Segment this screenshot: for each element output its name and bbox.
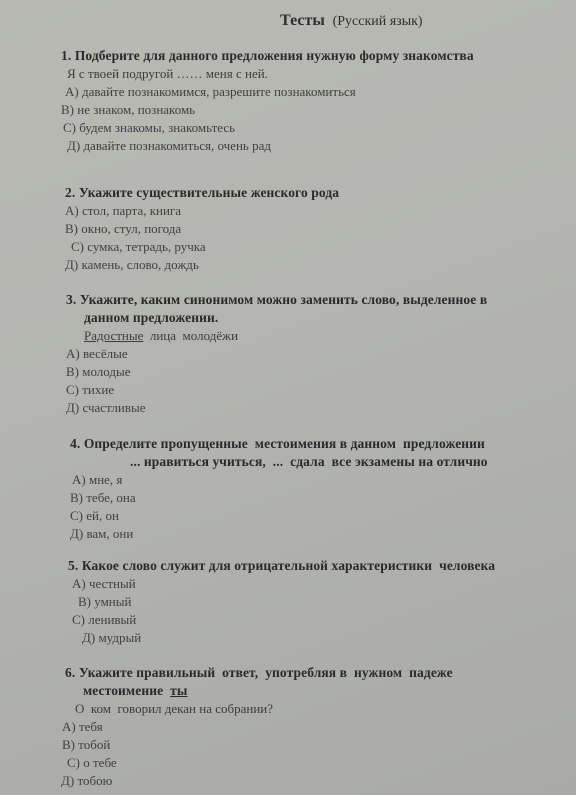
question-4: 4. Определите пропущенные местоимения в … — [70, 435, 566, 543]
option-b: В) окно, стул, погода — [65, 220, 566, 238]
option-d: Д) камень, слово, дождь — [65, 256, 566, 274]
option-c: С) тихие — [66, 381, 566, 399]
question-text: Укажите, каким синонимом можно заменить … — [80, 292, 487, 307]
question-heading: 6. Укажите правильный ответ, употребляя … — [65, 664, 566, 682]
prompt-rest: лица молодёжи — [143, 328, 238, 343]
option-c: С) о тебе — [65, 754, 566, 772]
heading-continued-text: местоимение — [83, 683, 170, 698]
option-b: В) тебе, она — [70, 489, 566, 507]
page-title: Тесты (Русский язык) — [280, 12, 423, 30]
option-c: С) будем знакомы, знакомьтесь — [61, 119, 566, 137]
option-d: Д) тобою — [61, 772, 566, 790]
question-heading: 5. Какое слово служит для отрицательной … — [68, 557, 566, 575]
question-text: Укажите существительные женского рода — [79, 185, 339, 200]
question-3: 3. Укажите, каким синонимом можно замени… — [66, 291, 566, 417]
option-d: Д) мудрый — [68, 629, 566, 647]
option-b: В) тобой — [62, 736, 566, 754]
question-text: Подберите для данного предложения нужную… — [75, 48, 474, 63]
question-text: Определите пропущенные местоимения в дан… — [84, 436, 485, 451]
option-d: Д) давайте познакомиться, очень рад — [61, 137, 566, 155]
option-c: С) сумка, тетрадь, ручка — [65, 238, 566, 256]
test-page: Тесты (Русский язык) 1. Подберите для да… — [0, 0, 576, 795]
question-text: Какое слово служит для отрицательной хар… — [82, 558, 495, 573]
question-number: 5. — [68, 558, 78, 573]
option-b: В) молодые — [66, 363, 566, 381]
question-number: 3. — [66, 292, 76, 307]
option-a: А) давайте познакомимся, разрешите позна… — [61, 83, 566, 101]
question-heading: 3. Укажите, каким синонимом можно замени… — [66, 291, 566, 309]
question-number: 4. — [70, 436, 80, 451]
question-prompt: Радостные лица молодёжи — [66, 327, 566, 345]
question-5: 5. Какое слово служит для отрицательной … — [68, 557, 566, 647]
question-heading: 1. Подберите для данного предложения нуж… — [61, 47, 566, 65]
question-heading-continued: местоимение ты — [65, 682, 566, 700]
question-number: 6. — [65, 665, 75, 680]
option-d: Д) вам, они — [70, 525, 566, 543]
title-main: Тесты — [280, 12, 325, 29]
option-a: А) стол, парта, книга — [65, 202, 566, 220]
highlighted-word: ты — [170, 683, 187, 698]
question-number: 1. — [61, 48, 71, 63]
option-a: А) честный — [68, 575, 566, 593]
question-number: 2. — [65, 185, 75, 200]
question-2: 2. Укажите существительные женского рода… — [65, 184, 566, 274]
option-a: А) тебя — [62, 718, 566, 736]
question-prompt: Я с твоей подругой …… меня с ней. — [61, 65, 566, 83]
option-b: В) умный — [68, 593, 566, 611]
option-a: А) весёлые — [66, 345, 566, 363]
option-c: С) ленивый — [68, 611, 566, 629]
question-heading-continued: данном предложении. — [66, 309, 566, 327]
question-sentence: ... нравиться учиться, ... сдала все экз… — [70, 453, 566, 471]
option-d: Д) счастливые — [66, 399, 566, 417]
question-text: Укажите правильный ответ, употребляя в н… — [79, 665, 453, 680]
option-c: С) ей, он — [70, 507, 566, 525]
title-subtitle: (Русский язык) — [333, 14, 423, 29]
question-6: 6. Укажите правильный ответ, употребляя … — [65, 664, 566, 790]
option-b: В) не знаком, познакомь — [61, 101, 566, 119]
question-heading: 2. Укажите существительные женского рода — [65, 184, 566, 202]
option-a: А) мне, я — [70, 471, 566, 489]
question-heading: 4. Определите пропущенные местоимения в … — [70, 435, 566, 453]
highlighted-word: Радостные — [84, 328, 143, 343]
question-1: 1. Подберите для данного предложения нуж… — [61, 47, 566, 155]
question-prompt: О ком говорил декан на собрании? — [65, 700, 566, 718]
